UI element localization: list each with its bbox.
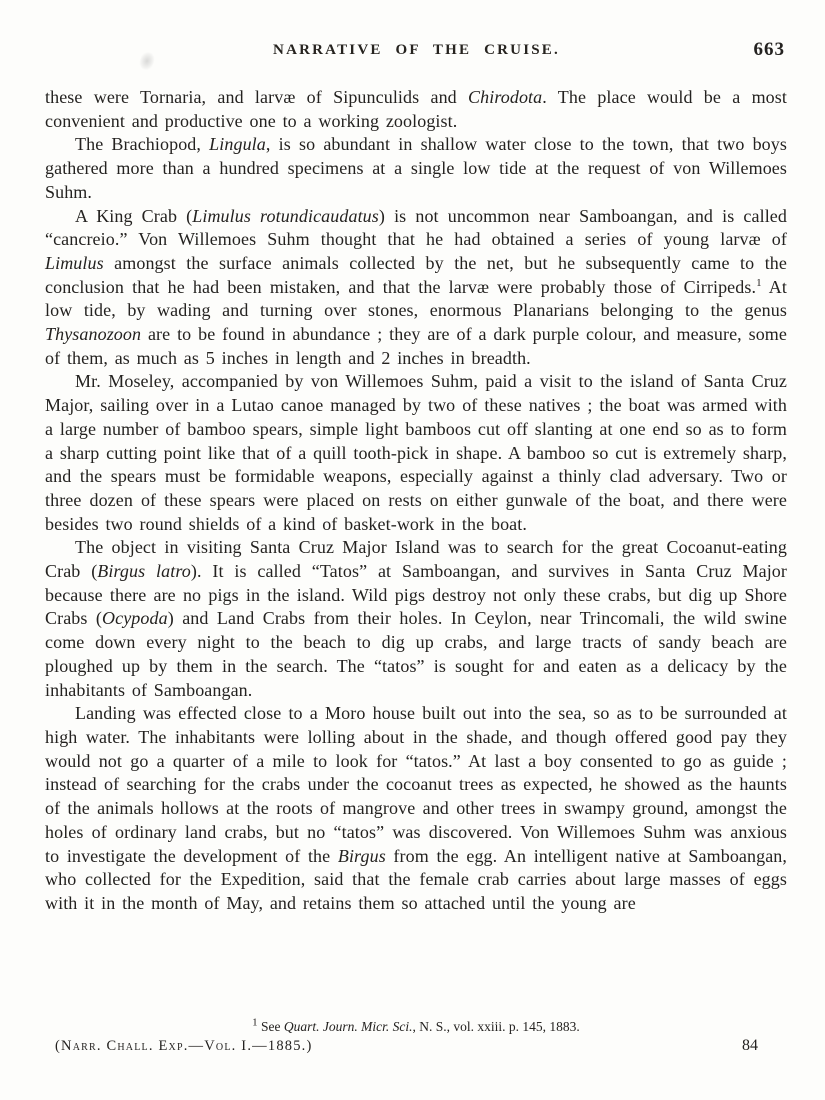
- sheet-number: 84: [742, 1037, 758, 1055]
- book-page: NARRATIVE OF THE CRUISE. 663 these were …: [0, 0, 825, 1100]
- text-segment: Lingula: [209, 134, 266, 154]
- paragraph: A King Crab (Limulus rotundicaudatus) is…: [45, 205, 787, 371]
- text-segment: Ocypoda: [102, 608, 168, 628]
- paragraph: The object in visiting Santa Cruz Major …: [45, 536, 787, 702]
- body-text: these were Tornaria, and larvæ of Sipunc…: [45, 86, 787, 916]
- page-header: NARRATIVE OF THE CRUISE. 663: [46, 42, 787, 64]
- text-segment: are to be found in abundance ; they are …: [45, 324, 787, 368]
- text-segment: Chirodota: [468, 87, 542, 107]
- text-segment: Birgus latro: [97, 561, 191, 581]
- paragraph: Mr. Moseley, accompanied by von Willemoe…: [45, 370, 787, 536]
- paragraph: The Brachiopod, Lingula, is so abundant …: [45, 133, 787, 204]
- text-segment: Birgus: [338, 846, 386, 866]
- text-segment: A King Crab (: [75, 206, 192, 226]
- text-segment: Landing was effected close to a Moro hou…: [45, 703, 787, 865]
- page-number: 663: [754, 39, 786, 61]
- text-segment: Mr. Moseley, accompanied by von Willemoe…: [45, 371, 787, 533]
- running-title: NARRATIVE OF THE CRUISE.: [46, 42, 787, 59]
- page-footer: (Narr. Chall. Exp.—Vol. I.—1885.) 84: [55, 1037, 770, 1055]
- text-segment: amongst the surface animals collected by…: [45, 253, 787, 297]
- text-segment: The Brachiopod,: [75, 134, 209, 154]
- text-segment: Limulus rotundicaudatus: [192, 206, 379, 226]
- text-segment: See: [258, 1019, 284, 1034]
- paragraph: these were Tornaria, and larvæ of Sipunc…: [45, 86, 787, 133]
- footnote: 1 See Quart. Journ. Micr. Sci., N. S., v…: [45, 1018, 787, 1035]
- text-segment: these were Tornaria, and larvæ of Sipunc…: [45, 87, 468, 107]
- imprint: (Narr. Chall. Exp.—Vol. I.—1885.): [55, 1038, 313, 1055]
- paragraph: Landing was effected close to a Moro hou…: [45, 702, 787, 915]
- text-segment: Quart. Journ. Micr. Sci.: [284, 1019, 413, 1034]
- text-segment: , N. S., vol. xxiii. p. 145, 1883.: [413, 1019, 580, 1034]
- text-segment: Limulus: [45, 253, 104, 273]
- text-segment: Thysanozoon: [45, 324, 141, 344]
